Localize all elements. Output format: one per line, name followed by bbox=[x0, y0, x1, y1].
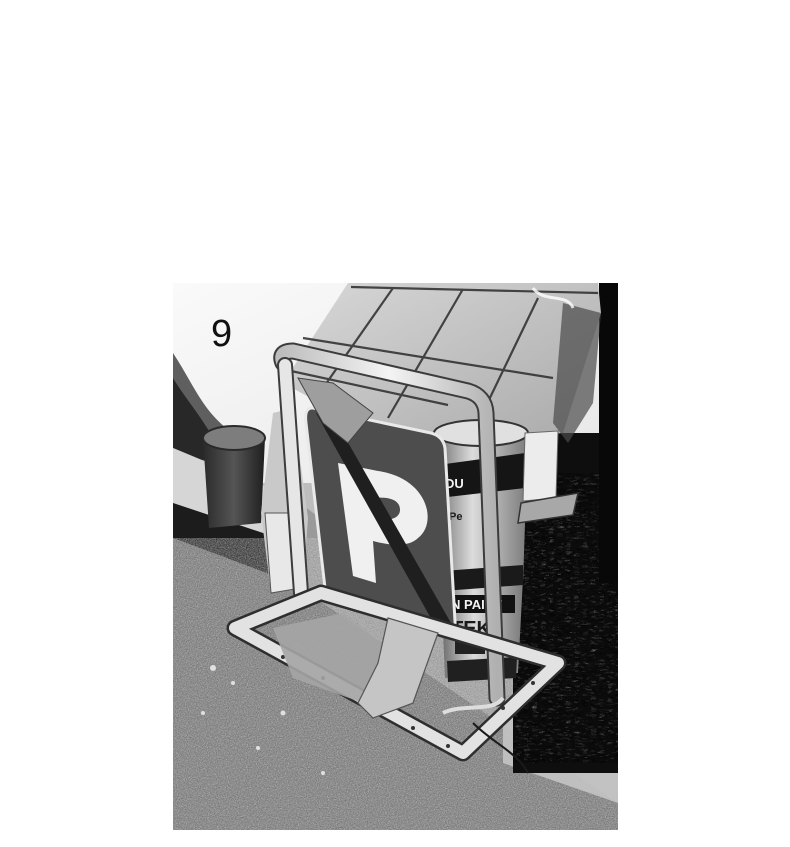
dark-bucket bbox=[203, 426, 265, 528]
paint-label-fragment: Pe bbox=[449, 511, 462, 523]
house-number: 9 bbox=[211, 315, 232, 353]
photograph: DU Pe N PAINT TEK bbox=[173, 283, 618, 830]
photo-scene: DU Pe N PAINT TEK bbox=[173, 283, 618, 830]
